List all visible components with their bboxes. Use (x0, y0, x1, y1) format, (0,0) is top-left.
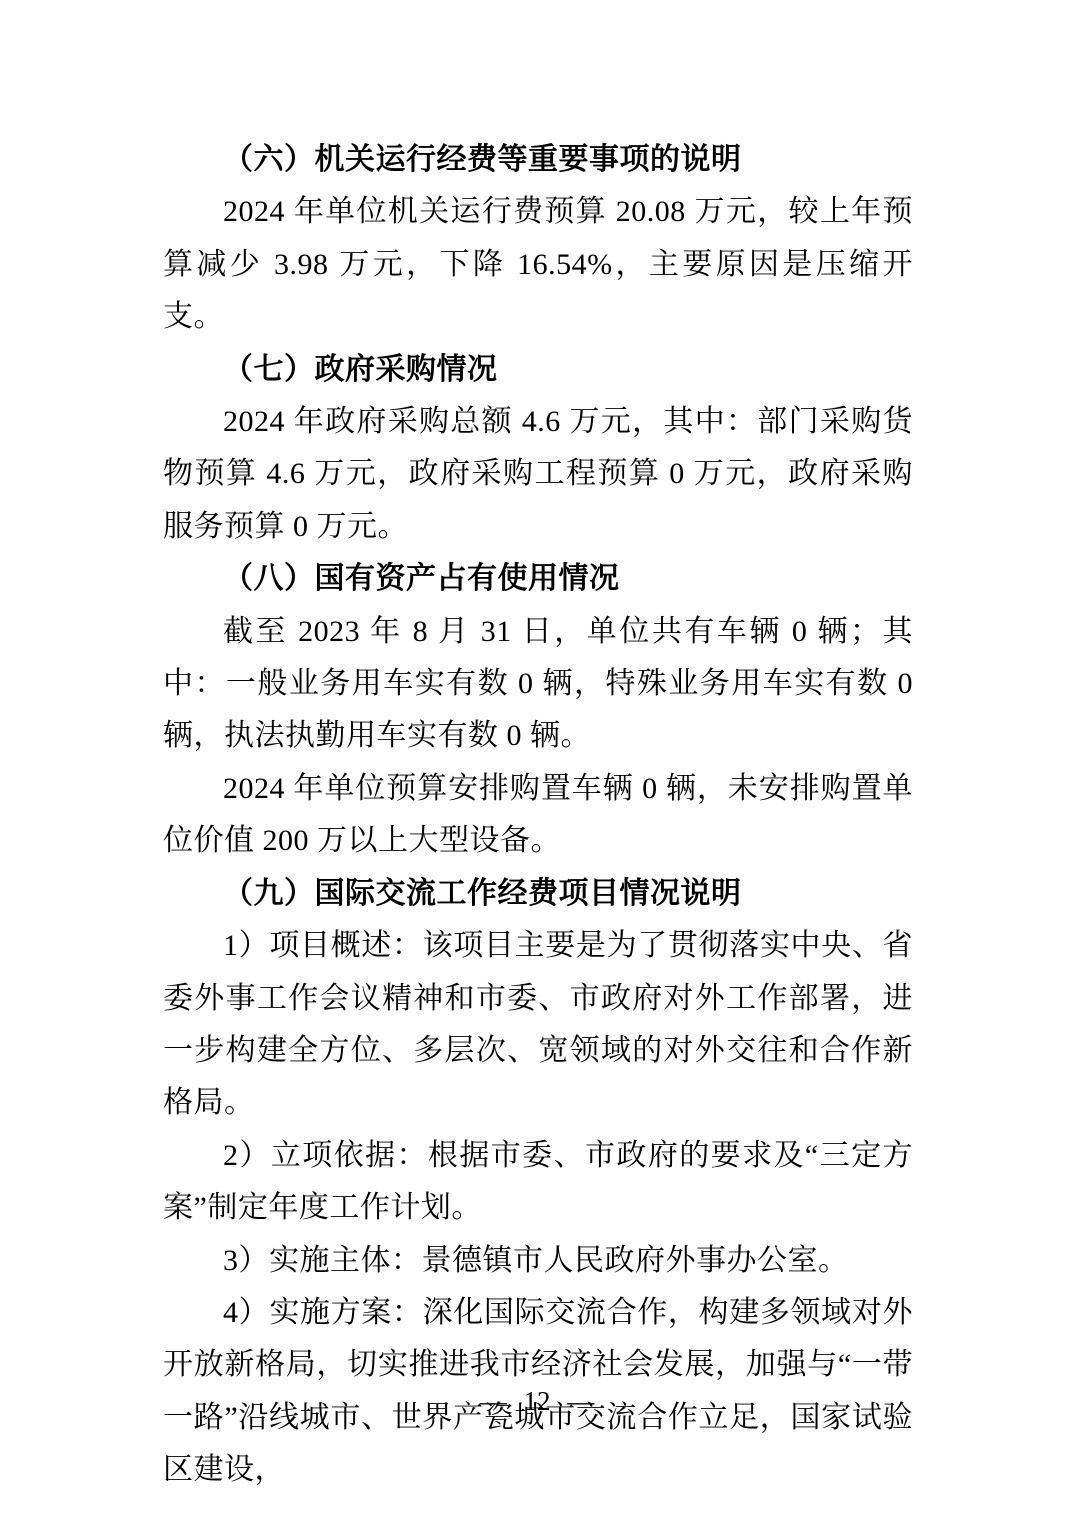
section-9-item-1-overview: 1）项目概述：该项目主要是为了贯彻落实中央、省委外事工作会议精神和市委、市政府对… (163, 920, 913, 1130)
section-6-paragraph: 2024 年单位机关运行费预算 20.08 万元，较上年预算减少 3.98 万元… (163, 186, 913, 343)
section-8-paragraph-equipment: 2024 年单位预算安排购置车辆 0 辆，未安排购置单位价值 200 万以上大型… (163, 763, 913, 868)
section-9-heading: （九）国际交流工作经费项目情况说明 (163, 868, 913, 920)
section-6-heading: （六）机关运行经费等重要事项的说明 (163, 134, 913, 186)
section-7-paragraph: 2024 年政府采购总额 4.6 万元，其中：部门采购货物预算 4.6 万元，政… (163, 396, 913, 553)
section-7-heading: （七）政府采购情况 (163, 344, 913, 396)
document-page: （六）机关运行经费等重要事项的说明 2024 年单位机关运行费预算 20.08 … (0, 0, 1074, 1520)
section-9-item-2-basis: 2）立项依据：根据市委、市政府的要求及“三定方案”制定年度工作计划。 (163, 1130, 913, 1235)
section-8-paragraph-vehicles: 截至 2023 年 8 月 31 日，单位共有车辆 0 辆；其中：一般业务用车实… (163, 606, 913, 763)
section-8-heading: （八）国有资产占有使用情况 (163, 553, 913, 605)
page-number: — 12 — (0, 1386, 1074, 1417)
document-body: （六）机关运行经费等重要事项的说明 2024 年单位机关运行费预算 20.08 … (163, 134, 913, 1497)
section-9-item-3-subject: 3）实施主体：景德镇市人民政府外事办公室。 (163, 1235, 913, 1287)
